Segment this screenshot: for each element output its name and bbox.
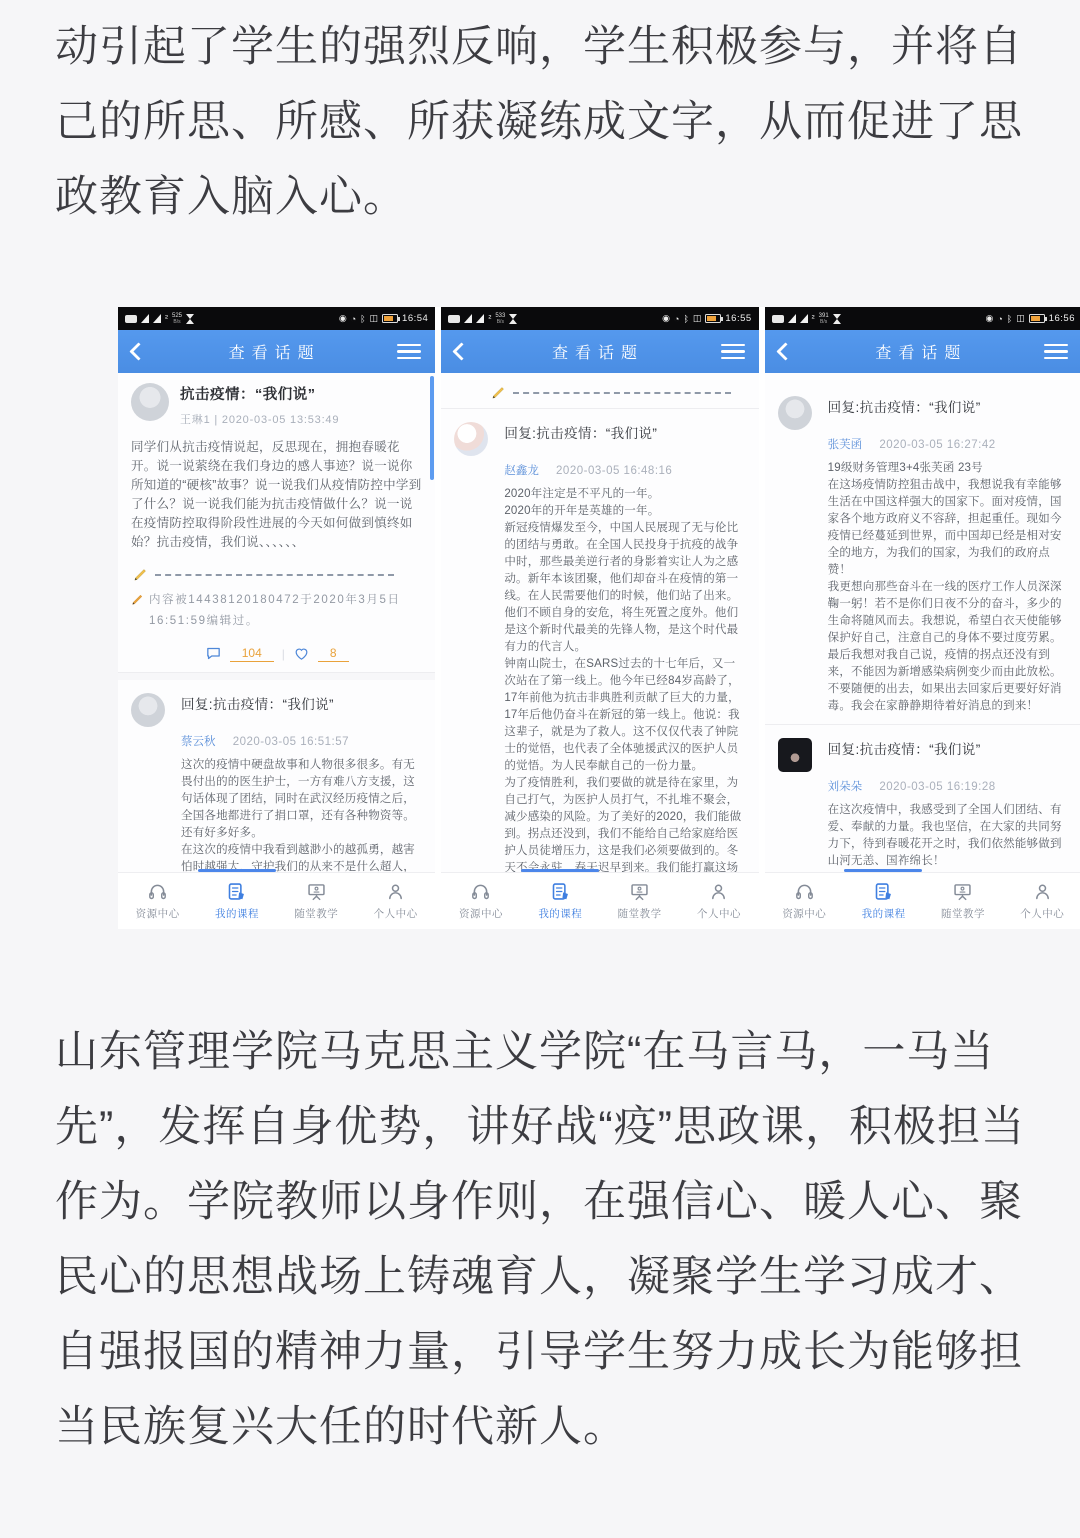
alarm-icon: ◔	[997, 314, 1002, 324]
bluetooth-icon: ᛒ	[360, 314, 365, 324]
presentation-board-icon	[629, 881, 650, 902]
reply-title: 回复:抗击疫情：“我们说”	[504, 422, 745, 456]
avatar[interactable]	[131, 383, 169, 421]
network-speed: 525B/s	[172, 313, 182, 325]
hourglass-icon	[186, 314, 194, 324]
avatar[interactable]	[778, 738, 812, 772]
nav-item-personal-center[interactable]: 个人中心	[356, 881, 435, 921]
signal-icon	[476, 314, 484, 323]
reply-body: 这次的疫情中硬盘故事和人物很多很多。有无畏付出的的医生护士，一方有难八方支援，这…	[181, 757, 422, 872]
network-speed: 391B/s	[819, 313, 829, 325]
nav-item-classroom-teaching[interactable]: 随堂教学	[600, 881, 679, 921]
signal-icon	[788, 314, 796, 323]
avatar[interactable]	[778, 396, 812, 430]
status-bar: ² 391B/s ◉ ◔ ᛒ ◫ 16:56	[765, 307, 1080, 330]
nav-item-resource-center[interactable]: 资源中心	[765, 881, 844, 921]
reply-time: 2020-03-05 16:51:57	[233, 736, 349, 748]
headphones-icon	[470, 881, 491, 902]
signature-divider	[133, 567, 420, 582]
signal-icon	[800, 314, 808, 323]
nav-item-personal-center[interactable]: 个人中心	[1003, 881, 1080, 921]
active-tab-indicator	[521, 869, 599, 872]
hd-icon	[125, 315, 137, 323]
avatar[interactable]	[454, 422, 488, 456]
reply-meta: 刘朵朵 2020-03-05 16:19:28	[828, 778, 1069, 794]
reply-body: 2020年注定是不平凡的一年。 2020年的开年是英雄的一年。 新冠疫情爆发至今…	[504, 486, 745, 872]
nfc-icon: ◫	[693, 313, 702, 324]
bluetooth-icon: ᛒ	[683, 314, 688, 324]
dashed-line	[513, 392, 730, 394]
nav-item-my-courses[interactable]: 我的课程	[844, 881, 923, 921]
reply-author[interactable]: 赵鑫龙	[504, 465, 539, 477]
reply-meta: 赵鑫龙 2020-03-05 16:48:16	[504, 462, 745, 478]
nav-item-personal-center[interactable]: 个人中心	[679, 881, 758, 921]
thread-content: 回复:抗击疫情：“我们说” 张芙函 2020-03-05 16:27:42 19…	[765, 373, 1080, 872]
signal-icon	[141, 314, 149, 323]
nfc-icon: ◫	[370, 313, 379, 324]
signature-divider	[491, 385, 756, 400]
courses-doc-icon	[226, 881, 247, 902]
battery-icon	[1029, 314, 1045, 323]
hourglass-icon	[509, 314, 517, 324]
presentation-board-icon	[306, 881, 327, 902]
hourglass-icon	[833, 314, 841, 324]
post-stats: 104 | 8	[131, 645, 422, 662]
signal-icon	[153, 314, 161, 323]
phone-screenshot-2: ² 533B/s ◉ ◔ ᛒ ◫ 16:55 查看话题	[441, 307, 758, 929]
app-header: 查看话题	[118, 330, 435, 373]
alarm-icon: ◔	[674, 314, 679, 324]
nfc-icon: ◫	[1016, 313, 1025, 324]
eye-icon: ◉	[662, 313, 670, 324]
thread-content: 抗击疫情：“我们说” 王琳1 | 2020-03-05 13:53:49 同学们…	[118, 373, 435, 872]
article-paragraph-1: 动引起了学生的强烈反响，学生积极参与，并将自己的所思、所感、所获凝练成文字，从而…	[55, 10, 1030, 235]
status-time: 16:55	[725, 313, 751, 324]
status-time: 16:56	[1049, 313, 1075, 324]
network-speed: 533B/s	[495, 313, 505, 325]
reply-time: 2020-03-05 16:27:42	[879, 439, 995, 451]
reply-time: 2020-03-05 16:48:16	[556, 465, 672, 477]
signal-icon	[464, 314, 472, 323]
thread-content: 回复:抗击疫情：“我们说” 赵鑫龙 2020-03-05 16:48:16 20…	[441, 373, 758, 872]
bottom-nav: 资源中心 我的课程 随堂教学 个人中心	[765, 872, 1080, 929]
reply-item: 回复:抗击疫情：“我们说” 蔡云秋 2020-03-05 16:51:57 这次…	[118, 680, 435, 872]
status-time: 16:54	[402, 313, 428, 324]
menu-icon[interactable]	[1044, 344, 1068, 360]
bluetooth-icon: ᛒ	[1007, 314, 1012, 324]
reply-title: 回复:抗击疫情：“我们说”	[828, 396, 1069, 430]
reply-body: 19级财务管理3+4张芙函 23号 在这场疫情防控狙击战中，我想说我有幸能够生活…	[828, 460, 1069, 715]
comment-count[interactable]: 104	[230, 646, 274, 662]
topic-time: 2020-03-05 13:53:49	[222, 414, 339, 426]
nav-item-resource-center[interactable]: 资源中心	[441, 881, 520, 921]
like-count[interactable]: 8	[318, 646, 349, 662]
network-type-icon: ²	[488, 314, 491, 323]
reply-meta: 蔡云秋 2020-03-05 16:51:57	[181, 733, 422, 749]
network-type-icon: ²	[165, 314, 168, 323]
pencil-icon	[491, 385, 506, 400]
nav-item-classroom-teaching[interactable]: 随堂教学	[277, 881, 356, 921]
headphones-icon	[147, 881, 168, 902]
scrollbar[interactable]	[430, 376, 434, 480]
nav-item-my-courses[interactable]: 我的课程	[521, 881, 600, 921]
phone-screenshot-3: ² 391B/s ◉ ◔ ᛒ ◫ 16:56 查看话题	[765, 307, 1080, 929]
presentation-board-icon	[952, 881, 973, 902]
network-type-icon: ²	[812, 314, 815, 323]
page-title: 查看话题	[792, 340, 1044, 363]
nav-item-classroom-teaching[interactable]: 随堂教学	[923, 881, 1002, 921]
reply-time: 2020-03-05 16:19:28	[879, 781, 995, 793]
topic-title: 抗击疫情：“我们说”	[180, 383, 339, 404]
page-title: 查看话题	[145, 340, 397, 363]
avatar[interactable]	[131, 693, 165, 727]
article-body: 动引起了学生的强烈反响，学生积极参与，并将自己的所思、所感、所获凝练成文字，从而…	[0, 0, 1080, 1465]
pencil-icon	[133, 567, 148, 582]
reply-item: 回复:抗击疫情：“我们说” 张芙函 2020-03-05 16:27:42 19…	[765, 383, 1080, 715]
reply-author[interactable]: 刘朵朵	[828, 781, 863, 793]
phone-screenshot-1: ² 525B/s ◉ ◔ ᛒ ◫ 16:54 查看话题	[118, 307, 435, 929]
battery-icon	[382, 314, 398, 323]
reply-title: 回复:抗击疫情：“我们说”	[181, 693, 422, 727]
person-icon	[385, 881, 406, 902]
courses-doc-icon	[550, 881, 571, 902]
reply-item: 回复:抗击疫情：“我们说” 赵鑫龙 2020-03-05 16:48:16 20…	[441, 409, 758, 872]
reply-meta: 张芙函 2020-03-05 16:27:42	[828, 436, 1069, 452]
menu-icon[interactable]	[397, 344, 421, 360]
bottom-nav: 资源中心 我的课程 随堂教学 个人中心	[118, 872, 435, 929]
reply-author[interactable]: 蔡云秋	[181, 736, 216, 748]
reply-body: 在这次疫情中，我感受到了全国人们团结、有爱、奉献的力量。我也坚信，在大家的共同努…	[828, 802, 1069, 870]
eye-icon: ◉	[985, 313, 993, 324]
article-paragraph-2: 山东管理学院马克思主义学院“在马言马，一马当先”，发挥自身优势，讲好战“疫”思政…	[55, 1015, 1030, 1465]
comments-icon[interactable]	[205, 645, 222, 662]
page-title: 查看话题	[468, 340, 720, 363]
edit-note: 内容被14438120180472于2020年3月5日 16:51:59编辑过。	[131, 590, 422, 632]
hd-icon	[448, 315, 460, 323]
reply-title: 回复:抗击疫情：“我们说”	[828, 738, 1069, 772]
nav-item-resource-center[interactable]: 资源中心	[118, 881, 197, 921]
active-tab-indicator	[844, 869, 922, 872]
courses-doc-icon	[873, 881, 894, 902]
alarm-icon: ◔	[351, 314, 356, 324]
reply-item: 回复:抗击疫情：“我们说” 刘朵朵 2020-03-05 16:19:28 在这…	[765, 725, 1080, 870]
dashed-line	[155, 574, 394, 576]
person-icon	[708, 881, 729, 902]
reply-author[interactable]: 张芙函	[828, 439, 863, 451]
topic-post: 抗击疫情：“我们说” 王琳1 | 2020-03-05 13:53:49 同学们…	[118, 373, 435, 662]
pencil-icon	[131, 593, 144, 606]
battery-icon	[705, 314, 721, 323]
embedded-screenshots-figure: ² 525B/s ◉ ◔ ᛒ ◫ 16:54 查看话题	[118, 307, 1080, 929]
app-header: 查看话题	[441, 330, 758, 373]
nav-item-my-courses[interactable]: 我的课程	[197, 881, 276, 921]
bottom-nav: 资源中心 我的课程 随堂教学 个人中心	[441, 872, 758, 929]
person-icon	[1032, 881, 1053, 902]
active-tab-indicator	[198, 869, 276, 872]
eye-icon: ◉	[339, 313, 347, 324]
app-header: 查看话题	[765, 330, 1080, 373]
topic-author: 王琳1	[180, 414, 211, 426]
topic-meta: 王琳1 | 2020-03-05 13:53:49	[180, 411, 339, 427]
status-bar: ² 533B/s ◉ ◔ ᛒ ◫ 16:55	[441, 307, 758, 330]
status-bar: ² 525B/s ◉ ◔ ᛒ ◫ 16:54	[118, 307, 435, 330]
topic-body: 同学们从抗击疫情说起，反思现在，拥抱春暖花开。说一说萦绕在我们身边的感人事迹？说…	[131, 438, 422, 552]
hd-icon	[772, 315, 784, 323]
headphones-icon	[794, 881, 815, 902]
divider	[118, 673, 435, 680]
like-heart-icon[interactable]	[293, 645, 310, 662]
menu-icon[interactable]	[721, 344, 745, 360]
